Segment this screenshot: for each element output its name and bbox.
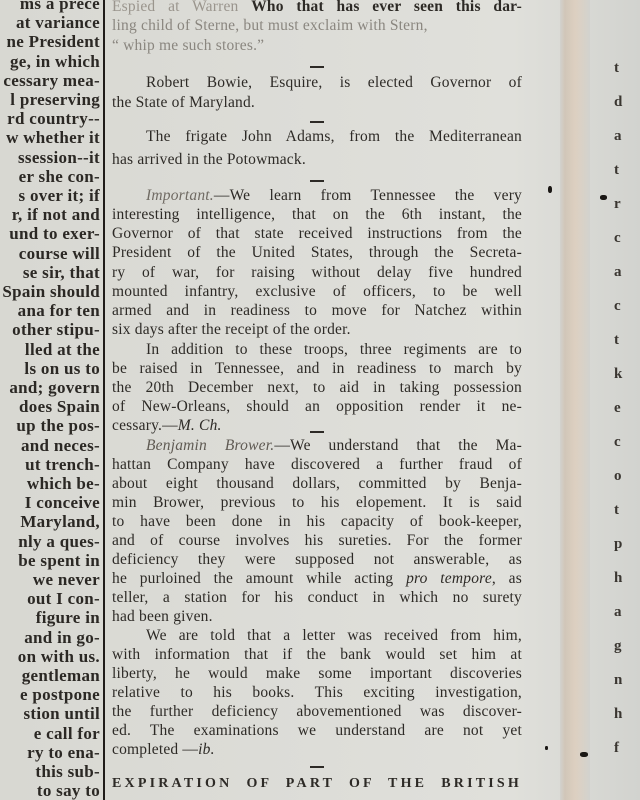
left-column-line: other stipu- [12,320,100,340]
right-column-fragment: h [614,570,622,587]
left-column-line: ssession--it [18,148,100,168]
section-divider [310,766,324,768]
important-para2-line: be raised in Tennessee, and in readiness… [112,360,522,378]
brower-para2-line: ed. The examinations we understand are n… [112,722,522,740]
right-column-fragment: a [614,604,622,621]
brower-para2-line: with information that if the bank would … [112,646,522,664]
right-column-fragment: t [614,502,619,519]
governor-line-1: Robert Bowie, Esquire, is elected Govern… [112,74,522,92]
brower-line: had been given. [112,608,522,626]
right-column-fragment: t [614,332,619,349]
left-column-line: ana for ten [18,301,100,321]
left-column-line: Spain should [2,282,100,302]
brower-line: he purloined the amount while acting pro… [112,570,522,588]
left-column-line: and in go- [24,628,100,648]
important-para2-line: In addition to these troops, three regim… [112,341,522,359]
latin-phrase: pro tempore [406,570,492,587]
left-column-line: and; govern [9,378,100,398]
right-column-fragment: r [614,196,621,213]
left-column-line: w whether it [6,128,100,148]
left-column-line: up the pos- [16,416,100,436]
brower-para2-line: relative to his books. This exciting inv… [112,684,522,702]
brower-lead: Benjamin Brower. [146,437,274,454]
brower-line: to have been done in his capacity of boo… [112,513,522,531]
brower-line: hattan Company have discovered a further… [112,456,522,474]
left-column-line: ne President [7,32,100,52]
left-column-line: stion until [23,704,100,724]
left-column-line: out I con- [27,589,100,609]
important-lead: Important. [146,187,214,204]
ink-speck [545,746,548,750]
brower-line: about eight thousand dollars, committed … [112,475,522,493]
left-column-line: to say to [37,781,100,800]
brower-para2-line: liberty, he would make some important di… [112,665,522,683]
left-column-line: se sir, that [23,263,100,283]
right-column-fragment: e [614,400,621,417]
left-column-line: s over it; if [19,186,100,206]
left-column-line: nly a ques- [18,532,100,552]
brower-para2-line: the further deficiency abovementioned wa… [112,703,522,721]
brower-line: teller, a station for his conduct in whi… [112,589,522,607]
left-column-line: which be- [27,474,100,494]
left-column-line: we never [33,570,100,590]
right-column-fragment: g [614,638,622,655]
left-column-line: ut trench- [25,455,100,475]
important-line: mounted infantry, exclusive of officers,… [112,283,522,301]
column-rule [103,0,105,800]
section-divider [310,121,324,123]
governor-line-2: the State of Maryland. [112,94,522,112]
source-attribution: M. Ch. [178,417,222,434]
important-line: six days after the receipt of the order. [112,321,522,339]
right-column-fragment: f [614,740,619,757]
right-column-fragment: k [614,366,622,383]
left-column-line: be spent in [18,551,100,571]
section-divider [310,431,324,433]
brower-para2-line: We are told that a letter was received f… [112,627,522,645]
left-column-line: on with us. [18,647,100,667]
important-line: armed and in readiness to move for Natch… [112,302,522,320]
left-column-line: e postpone [20,685,100,705]
important-line: Governor of that state received instruct… [112,225,522,243]
right-column-fragment: a [614,128,622,145]
left-column-line: ry to ena- [27,743,100,763]
right-column-fragment: c [614,230,621,247]
left-column-text: ms a preceat variancene Presidentge, in … [0,0,102,800]
important-line-1: Important.—We learn from Tennessee the v… [112,187,522,205]
important-para2-line: of New-Orleans, should an opposition ren… [112,398,522,416]
newspaper-page: ms a preceat variancene Presidentge, in … [0,0,640,800]
left-column-line: figure in [36,608,100,628]
right-column-fragment: h [614,706,622,723]
main-column-text: Espied at Warren Who that has ever seen … [112,0,522,800]
brower-line: min Brower, previous to his elopement. I… [112,494,522,512]
brower-line-1: Benjamin Brower.—We understand that the … [112,437,522,455]
right-column-fragment: n [614,672,622,689]
left-column-line: gentleman [22,666,100,686]
right-column-fragment: p [614,536,622,553]
ink-speck [548,186,552,193]
section-headline: EXPIRATION OF PART OF THE BRITISH [112,776,522,792]
brower-line: and of course involves his sureties. For… [112,532,522,550]
left-column-line: this sub- [35,762,100,782]
section-divider [310,180,324,182]
right-column-fragment: c [614,434,621,451]
left-column-line: ls on us to [24,359,100,379]
right-column-fragment: a [614,264,622,281]
left-column-line: rd country-- [7,109,100,129]
left-column-line: course will [19,244,100,264]
brower-para2-line: completed —ib. [112,741,522,759]
important-line: ry of war, for raising without delay fiv… [112,264,522,282]
right-column-fragment: c [614,298,621,315]
left-column-line: e call for [34,724,100,744]
intro-line-3: “ whip me such stores.” [112,37,522,55]
right-column-fragment: d [614,94,622,111]
source-attribution: ib. [198,741,215,758]
left-column-line: ms a prece [20,0,100,14]
left-column-line: lled at the [25,340,100,360]
ink-speck [600,195,607,200]
right-column-fragment: t [614,162,619,179]
left-column-line: and neces- [21,436,100,456]
brower-line: deficiency they were supposed not answer… [112,551,522,569]
important-line: President of the United States, through … [112,244,522,262]
ink-speck [580,752,588,757]
left-column-line: l preserving [10,90,100,110]
intro-line-2: ling child of Sterne, but must exclaim w… [112,17,522,35]
frigate-line-1: The frigate John Adams, from the Mediter… [112,128,522,146]
left-column-line: I conceive [25,493,100,513]
frigate-line-2: has arrived in the Potowmack. [112,151,522,169]
intro-line-1: Espied at Warren Who that has ever seen … [112,0,522,16]
right-column-fragment: o [614,468,622,485]
important-para2-line: the 20th December next, to aid in taking… [112,379,522,397]
left-column-line: und to exer- [9,224,100,244]
left-column-line: Maryland, [20,512,100,532]
left-column-line: does Spain [19,397,100,417]
left-column-line: at variance [16,13,100,33]
important-line: interesting intelligence, that on the 6t… [112,206,522,224]
right-column-fragments: tdatrcactkecotphagnhf [600,0,640,800]
left-column-line: cessary mea- [3,71,100,91]
page-fold [560,0,590,800]
left-column-line: r, if not and [12,205,100,225]
left-column-line: ge, in which [10,52,100,72]
left-column-line: er she con- [19,167,100,187]
section-divider [310,66,324,68]
right-column-fragment: t [614,60,619,77]
